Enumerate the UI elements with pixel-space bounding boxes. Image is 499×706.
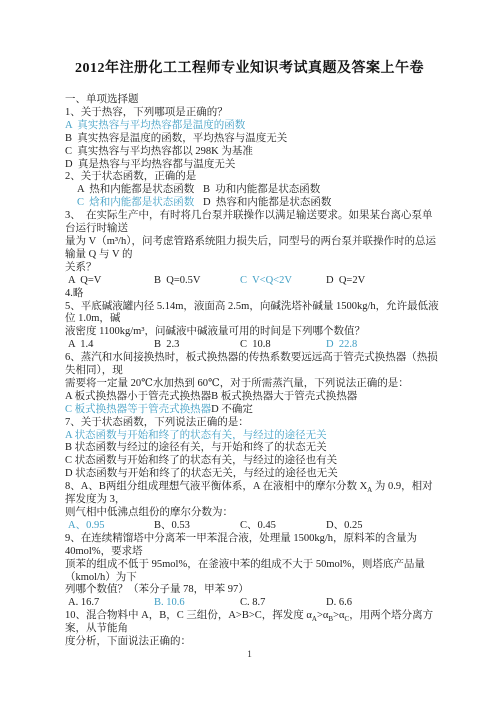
option-item: D、0.25 (326, 520, 412, 533)
option-item: D Q=2V (326, 275, 412, 288)
question-8-options: A、0.95B、0.53C、0.45D、0.25 (65, 520, 441, 533)
document-title: 2012年注册化工工程师专业知识考试真题及答案上午卷 (0, 60, 499, 78)
question-1-option-d: D 真是热容与平均热容都与温度无关 (65, 159, 441, 172)
question-8: 8、A、B两组分组成理想气液平衡体系，A 在液相中的摩尔分数 XA 为 0.9，… (65, 481, 441, 507)
text-segment: 5、平底碱液罐内径 5.14m，液面高 2.5m，向碱洗塔补碱量 1500kg/… (65, 301, 439, 325)
text-segment: 4.略 (65, 288, 83, 299)
text-segment: 2、关于状态函数，正确的是 (65, 171, 196, 182)
option-item: C 10.8 (240, 339, 326, 352)
question-6-options-cd: C 板式换热器等于管壳式换热器D 不确定 (65, 404, 441, 417)
option-item: D 热容和内能都是状态函数 (203, 197, 331, 210)
question-6-line2: 需要将一定量 20℃水加热到 60℃，对于所需蒸汽量，下列说法正确的是： (65, 378, 441, 391)
text-segment: 则气相中低沸点组份的摩尔分数为： (65, 507, 233, 518)
question-2-options-ab: A 热和内能都是状态函数B 功和内能都是状态函数 (65, 184, 441, 197)
text-segment: 1、关于热容，下列哪项是正确的？ (65, 107, 228, 118)
option-item: A 热和内能都是状态函数 (77, 184, 203, 197)
option-item: B 2.3 (154, 339, 240, 352)
text-segment: A 状态函数与开始和终了的状态有关，与经过的途径无关 (65, 430, 327, 441)
text-segment: 顶苯的组成不低于 95mol%，在釜液中苯的组成不大于 50mol%，则塔底产品… (65, 559, 425, 583)
question-10: 10、混合物料中 A，B，C 三组份，A>B>C，挥发度 αA>αB>αC，用两… (65, 610, 441, 636)
question-5-options: A 1.4B 2.3C 10.8D 22.8 (65, 339, 441, 352)
text-segment: 度分析，下面说法正确的： (65, 636, 191, 647)
text-segment: 关系？ (65, 262, 97, 273)
question-1-option-a: A 真实热容与平均热容都是温度的函数 (65, 120, 441, 133)
text-segment: C 真实热容与平均热容都以 298K 为基准 (65, 146, 253, 157)
question-5: 5、平底碱液罐内径 5.14m，液面高 2.5m，向碱洗塔补碱量 1500kg/… (65, 301, 441, 327)
text-segment: C 状态函数与开始和终了的状态有关，与经过的途径也有关 (65, 455, 337, 466)
question-1-option-b: B 真实热容是温度的函数，平均热容与温度无关 (65, 133, 441, 146)
question-3-line3: 关系？ (65, 262, 441, 275)
option-item: C. 8.7 (240, 597, 326, 610)
document-page: 2012年注册化工工程师专业知识考试真题及答案上午卷 一、单项选择题1、关于热容… (0, 0, 499, 706)
question-7: 7、关于状态函数，下列说法正确的是： (65, 417, 441, 430)
text-segment: >α (317, 610, 328, 621)
option-item: B. 10.6 (154, 597, 240, 610)
question-9-line2: 顶苯的组成不低于 95mol%，在釜液中苯的组成不大于 50mol%，则塔底产品… (65, 559, 441, 585)
question-9-line3: 列哪个数值？（苯分子量 78，甲苯 97） (65, 584, 441, 597)
option-item: C 焓和内能都是状态函数 (77, 197, 203, 210)
option-item: B、0.53 (154, 520, 240, 533)
option-item: B Q=0.5V (154, 275, 240, 288)
question-8-line2: 则气相中低沸点组份的摩尔分数为： (65, 507, 441, 520)
text-segment: B 真实热容是温度的函数，平均热容与温度无关 (65, 133, 287, 144)
question-6: 6、蒸汽和水间接换热时，板式换热器的传热系数要远远高于管壳式换热器（热损失相同）… (65, 352, 441, 378)
question-6-options-ab: A 板式换热器小于管壳式换热器B 板式换热器大于管壳式换热器 (65, 391, 441, 404)
question-3-line2: 量为 V（m³/h），问考虑管路系统阻力损失后，同型号的两台泵并联操作时的总运输… (65, 236, 441, 262)
option-item: B 功和内能都是状态函数 (203, 184, 329, 197)
question-7-option-d: D 状态函数与开始和终了的状态无关，与经过的途径也无关 (65, 468, 441, 481)
document-body: 一、单项选择题1、关于热容，下列哪项是正确的？A 真实热容与平均热容都是温度的函… (65, 94, 441, 649)
option-item: A 板式换热器小于管壳式换热器 (65, 391, 211, 404)
text-segment: D 状态函数与开始和终了的状态无关，与经过的途径也无关 (65, 468, 338, 479)
option-item: A 1.4 (68, 339, 154, 352)
option-item: B 板式换热器大于管壳式换热器 (211, 391, 357, 404)
option-item: D 不确定 (211, 404, 351, 417)
text-segment: A 真实热容与平均热容都是温度的函数 (65, 120, 245, 131)
question-2: 2、关于状态函数，正确的是 (65, 171, 441, 184)
question-3-options: A Q=VB Q=0.5VC V<Q<2VD Q=2V (65, 275, 441, 288)
text-segment: 液密度 1100kg/m³，问碱液中碱液量可用的时间是下列哪个数值？ (65, 326, 365, 337)
option-item: A. 16.7 (68, 597, 154, 610)
text-segment: 量为 V（m³/h），问考虑管路系统阻力损失后，同型号的两台泵并联操作时的总运输… (65, 236, 436, 260)
text-segment: 7、关于状态函数，下列说法正确的是： (65, 417, 249, 428)
question-10-line2: 度分析，下面说法正确的： (65, 636, 441, 649)
question-1: 1、关于热容，下列哪项是正确的？ (65, 107, 441, 120)
question-1-option-c: C 真实热容与平均热容都以 298K 为基准 (65, 146, 441, 159)
option-item: C 板式换热器等于管壳式换热器 (65, 404, 211, 417)
option-item: C V<Q<2V (240, 275, 326, 288)
text-segment: >α (333, 610, 344, 621)
question-2-options-cd: C 焓和内能都是状态函数D 热容和内能都是状态函数 (65, 197, 441, 210)
question-7-option-b: B 状态函数与经过的途径有关，与开始和终了的状态无关 (65, 442, 441, 455)
text-segment: B 状态函数与经过的途径有关，与开始和终了的状态无关 (65, 442, 327, 453)
option-item: A Q=V (68, 275, 154, 288)
question-3: 3、 在实际生产中，有时将几台泵并联操作以满足输送要求。如果某台离心泵单台运行时… (65, 210, 441, 236)
text-segment: D 真是热容与平均热容都与温度无关 (65, 159, 235, 170)
text-segment: 9、在连续精馏塔中分离苯一甲苯混合液，处理量 1500kg/h，原料苯的含量为 … (65, 533, 420, 557)
option-item: C、0.45 (240, 520, 326, 533)
text-segment: 3、 在实际生产中，有时将几台泵并联操作以满足输送要求。如果某台离心泵单台运行时… (65, 210, 433, 234)
option-item: D. 6.6 (326, 597, 412, 610)
question-7-option-a: A 状态函数与开始和终了的状态有关，与经过的途径无关 (65, 430, 441, 443)
option-item: D 22.8 (326, 339, 412, 352)
text-segment: 6、蒸汽和水间接换热时，板式换热器的传热系数要远远高于管壳式换热器（热损失相同）… (65, 352, 438, 376)
section-heading: 一、单项选择题 (65, 94, 441, 107)
option-item: A、0.95 (68, 520, 154, 533)
question-4: 4.略 (65, 288, 441, 301)
text-segment: 需要将一定量 20℃水加热到 60℃，对于所需蒸汽量，下列说法正确的是： (65, 378, 409, 389)
page-number: 1 (0, 650, 499, 660)
text-segment: 一、单项选择题 (65, 94, 139, 105)
text-segment: 10、混合物料中 A，B，C 三组份，A>B>C，挥发度 α (65, 610, 312, 621)
question-9-options: A. 16.7B. 10.6C. 8.7D. 6.6 (65, 597, 441, 610)
text-segment: 8、A、B两组分组成理想气液平衡体系，A 在液相中的摩尔分数 X (65, 481, 367, 492)
text-segment: 列哪个数值？（苯分子量 78，甲苯 97） (65, 584, 249, 595)
question-5-line2: 液密度 1100kg/m³，问碱液中碱液量可用的时间是下列哪个数值？ (65, 326, 441, 339)
question-7-option-c: C 状态函数与开始和终了的状态有关，与经过的途径也有关 (65, 455, 441, 468)
question-9: 9、在连续精馏塔中分离苯一甲苯混合液，处理量 1500kg/h，原料苯的含量为 … (65, 533, 441, 559)
